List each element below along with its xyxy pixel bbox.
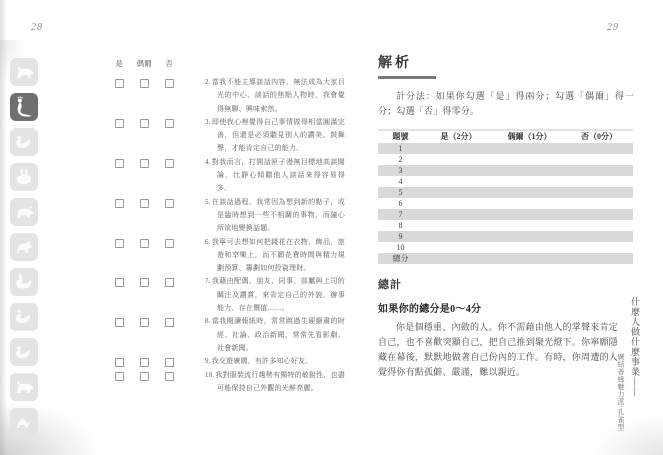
peacock-icon-active[interactable] — [10, 93, 38, 121]
rooster-icon[interactable] — [10, 268, 38, 296]
table-row: 4 — [378, 176, 633, 187]
checkbox-yes-q10[interactable] — [115, 372, 124, 381]
checkbox-sometimes-q2[interactable] — [140, 79, 149, 88]
checkbox-sometimes-q8[interactable] — [140, 318, 149, 327]
heading-underline — [378, 76, 436, 79]
checkbox-yes-q6[interactable] — [115, 239, 124, 248]
scoring-instructions: 計分法：如果你勾選「是」得兩分；勾選「偶爾」得一分；勾選「否」得零分。 — [378, 89, 634, 120]
question-number: 3. — [205, 118, 211, 126]
answer-column-headers: 是 偶爾 否 — [113, 55, 345, 76]
question-item: 5.在談話過程，我常因為想到新的點子，或是臨時想到一些不相關的事物，而隨心所欲地… — [113, 196, 345, 236]
checkbox-no-q7[interactable] — [165, 278, 174, 287]
question-number: 5. — [205, 198, 211, 206]
book-title-vertical: 什麼人做什麼事業—— — [629, 297, 642, 442]
rabbit-icon[interactable] — [10, 163, 38, 191]
checkbox-yes-q8[interactable] — [115, 318, 124, 327]
page-number-right: 29 — [607, 22, 619, 33]
question-text: 對我而言，打開話匣子漫無目標地高談闊論，比靜心傾聽他人談話來得容易得多。 — [212, 158, 345, 193]
table-row: 2 — [378, 154, 633, 165]
header-yes: 是 — [107, 58, 131, 69]
checkbox-yes-q4[interactable] — [115, 159, 124, 168]
camel-icon[interactable] — [10, 408, 38, 436]
checkbox-no-q10[interactable] — [165, 372, 174, 381]
goose-icon[interactable] — [10, 303, 38, 331]
checkbox-yes-q7[interactable] — [115, 278, 124, 287]
table-row: 7 — [378, 209, 633, 220]
chapter-subtitle-vertical: 廣結善緣魅力派·孔雀型 — [616, 353, 626, 442]
question-number: 10. — [205, 371, 214, 379]
question-item: 4.對我而言，打開話匣子漫無目標地高談闊論，比靜心傾聽他人談話來得容易得多。 — [113, 156, 345, 196]
animal-tab-strip — [10, 58, 38, 443]
page-number-left: 28 — [31, 22, 43, 33]
question-number: 9. — [205, 357, 211, 365]
checkbox-no-q5[interactable] — [165, 199, 174, 208]
analysis-section: 解析 計分法：如果你勾選「是」得兩分；勾選「偶爾」得一分；勾選「否」得零分。 題… — [378, 52, 634, 380]
checkbox-sometimes-q6[interactable] — [140, 239, 149, 248]
question-text: 我交遊廣闊，有許多知心好友。 — [212, 357, 313, 365]
question-item: 7.我藉由配偶、朋友、同事、部屬與上司的關注及讚賞，來肯定自己的外貌、辦事能力、… — [113, 275, 345, 315]
question-item: 3.即使我心裡覺得自己事情做得相當圓滿完善，但還是必須聽見別人的讚美、鼓舞聲，才… — [113, 116, 345, 156]
duck-icon[interactable] — [10, 338, 38, 366]
questionnaire: 是 偶爾 否 2.當我不能主導談話內容，無法成為大家目光的中心、談話的焦點人物時… — [113, 55, 345, 395]
checkbox-sometimes-q7[interactable] — [140, 278, 149, 287]
score-range-subheading: 如果你的總分是0～4分 — [378, 300, 634, 315]
question-text: 我對服裝流行趨勢有獨特的敏銳性，也盡可能保持自己外觀的光鮮亮麗。 — [215, 371, 345, 392]
checkbox-sometimes-q9[interactable] — [140, 358, 149, 367]
table-row: 10 — [378, 242, 633, 253]
dog-icon[interactable] — [10, 198, 38, 226]
checkbox-sometimes-q3[interactable] — [140, 119, 149, 128]
question-item: 2.當我不能主導談話內容，無法成為大家目光的中心、談話的焦點人物時，我會覺得無聊… — [113, 76, 345, 116]
question-text: 即使我心裡覺得自己事情做得相當圓滿完善，但還是必須聽見別人的讚美、鼓舞聲，才能肯… — [212, 118, 345, 153]
checkbox-yes-q3[interactable] — [115, 119, 124, 128]
checkbox-sometimes-q10[interactable] — [140, 372, 149, 381]
checkbox-no-q3[interactable] — [165, 119, 174, 128]
margin-caption: 什麼人做什麼事業—— 廣結善緣魅力派·孔雀型 — [616, 297, 642, 442]
checkbox-no-q4[interactable] — [165, 159, 174, 168]
checkbox-sometimes-q4[interactable] — [140, 159, 149, 168]
table-row: 1 — [378, 143, 633, 154]
checkbox-yes-q9[interactable] — [115, 358, 124, 367]
question-text: 我寧可去想如何把錢花在衣物、飾品、旅遊和享樂上，而不願花費時間與精力規劃預算、籌… — [212, 238, 345, 273]
question-text: 在談話過程，我常因為想到新的點子，或是臨時想到一些不相關的事物，而隨心所欲地變換… — [212, 198, 345, 233]
table-row: 9 — [378, 231, 633, 242]
question-item: 10.我對服裝流行趨勢有獨特的敏銳性，也盡可能保持自己外觀的光鮮亮麗。 — [113, 369, 345, 396]
question-text: 當我閱讀報紙時，常常跳過生硬嚴肅的財經、社論、政治新聞，常常先看影劇、社會新聞。 — [212, 317, 345, 352]
checkbox-yes-q2[interactable] — [115, 79, 124, 88]
checkbox-no-q8[interactable] — [165, 318, 174, 327]
question-text: 我藉由配偶、朋友、同事、部屬與上司的關注及讚賞，來肯定自己的外貌、辦事能力、存在… — [212, 277, 345, 312]
checkbox-no-q2[interactable] — [165, 79, 174, 88]
checkbox-sometimes-q5[interactable] — [140, 199, 149, 208]
checkbox-yes-q5[interactable] — [115, 199, 124, 208]
table-row-total: 總分 — [378, 253, 633, 264]
question-text: 當我不能主導談話內容，無法成為大家目光的中心、談話的焦點人物時，我會覺得無聊、興… — [212, 78, 345, 113]
analysis-heading: 解析 — [378, 52, 634, 72]
score-table: 題號 是（2分） 偶爾（1分） 否（0分） 1 2 3 4 5 6 7 8 9 … — [378, 129, 633, 264]
table-row: 3 — [378, 165, 633, 176]
checkbox-no-q6[interactable] — [165, 239, 174, 248]
question-number: 8. — [205, 317, 211, 325]
question-number: 6. — [205, 238, 211, 246]
question-number: 2. — [205, 78, 211, 86]
total-heading: 總計 — [378, 276, 634, 292]
checkbox-no-q9[interactable] — [165, 358, 174, 367]
result-description: 你是個穩重、內斂的人。你不需藉由他人的掌聲來肯定自己，也不喜歡突顯自己，把自己推… — [378, 320, 618, 380]
question-item: 6.我寧可去想如何把錢花在衣物、飾品、旅遊和享樂上，而不願花費時間與精力規劃預算… — [113, 236, 345, 276]
swan-icon[interactable] — [10, 128, 38, 156]
question-item: 9.我交遊廣闊，有許多知心好友。 — [113, 355, 345, 368]
horse-icon[interactable] — [10, 233, 38, 261]
header-no: 否 — [157, 58, 181, 69]
table-row: 5 — [378, 187, 633, 198]
tiger-icon[interactable] — [10, 373, 38, 401]
question-number: 7. — [205, 277, 211, 285]
question-item: 8.當我閱讀報紙時，常常跳過生硬嚴肅的財經、社論、政治新聞，常常先看影劇、社會新… — [113, 315, 345, 355]
question-number: 4. — [205, 158, 211, 166]
score-table-header: 題號 是（2分） 偶爾（1分） 否（0分） — [378, 131, 633, 143]
bull-icon[interactable] — [10, 58, 38, 86]
header-sometimes: 偶爾 — [132, 58, 156, 69]
table-row: 8 — [378, 220, 633, 231]
table-row: 6 — [378, 198, 633, 209]
